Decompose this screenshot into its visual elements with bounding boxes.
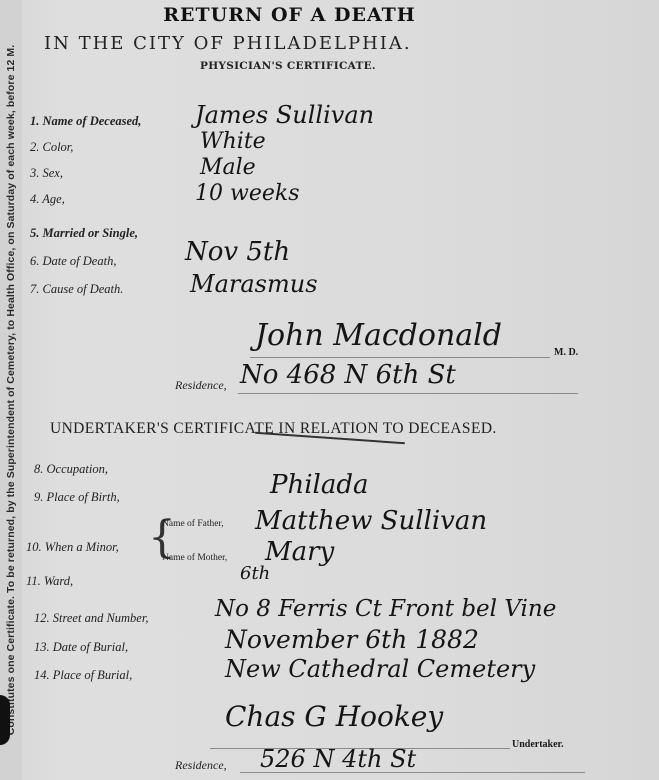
physician-residence-line (238, 393, 578, 394)
document-subtitle: IN THE CITY OF PHILADELPHIA. (44, 33, 412, 54)
label-age: 4. Age, (30, 192, 65, 207)
physician-certificate-heading: PHYSICIAN'S CERTIFICATE. (200, 60, 376, 72)
death-certificate-page: Constitutes one Certificate. To be retur… (0, 0, 659, 780)
undertaker-residence-line (240, 772, 585, 773)
side-instructions: Constitutes one Certificate. To be retur… (5, 45, 17, 736)
value-date-of-burial: November 6th 1882 (225, 625, 479, 654)
label-undertaker-residence: Residence, (175, 758, 227, 773)
ink-blot (0, 695, 10, 745)
value-physician-residence: No 468 N 6th St (240, 360, 456, 390)
label-color: 2. Color, (30, 140, 73, 155)
label-name-of-father: Name of Father, (162, 519, 224, 529)
value-sex: Male (200, 155, 256, 180)
value-cause-of-death: Marasmus (190, 270, 318, 298)
label-date-of-death: 6. Date of Death, (30, 254, 116, 269)
label-when-a-minor: 10. When a Minor, (26, 540, 119, 555)
label-street-and-number: 12. Street and Number, (34, 611, 148, 626)
value-place-of-birth: Philada (270, 470, 369, 500)
side-margin: Constitutes one Certificate. To be retur… (0, 0, 22, 780)
value-name-of-deceased: James Sullivan (195, 101, 374, 129)
label-date-of-burial: 13. Date of Burial, (34, 640, 128, 655)
value-color: White (200, 129, 266, 154)
undertaker-suffix: Undertaker. (512, 739, 564, 750)
document-title: RETURN OF A DEATH (0, 4, 659, 26)
value-age: 10 weeks (195, 181, 299, 206)
value-undertaker-residence: 526 N 4th St (260, 745, 416, 773)
label-cause-of-death: 7. Cause of Death. (30, 282, 123, 297)
physician-signature: John Macdonald (255, 318, 502, 353)
undertaker-certificate-heading: UNDERTAKER'S CERTIFICATE IN RELATION TO … (50, 420, 497, 438)
value-place-of-burial: New Cathedral Cemetery (225, 655, 535, 683)
label-place-of-burial: 14. Place of Burial, (34, 668, 132, 683)
label-sex: 3. Sex, (30, 166, 63, 181)
physician-signature-line (250, 357, 550, 358)
label-physician-residence: Residence, (175, 378, 227, 393)
value-date-of-death: Nov 5th (185, 237, 290, 267)
label-place-of-birth: 9. Place of Birth, (34, 490, 120, 505)
label-married-or-single: 5. Married or Single, (30, 226, 138, 241)
value-name-of-father: Matthew Sullivan (255, 506, 487, 536)
value-ward: 6th (240, 563, 270, 584)
label-name-of-deceased: 1. Name of Deceased, (30, 114, 141, 129)
label-ward: 11. Ward, (26, 574, 73, 589)
value-street-and-number: No 8 Ferris Ct Front bel Vine (215, 596, 556, 622)
undertaker-signature: Chas G Hookey (225, 700, 443, 733)
label-name-of-mother: Name of Mother, (162, 553, 227, 563)
md-suffix: M. D. (554, 347, 578, 358)
label-occupation: 8. Occupation, (34, 462, 108, 477)
value-name-of-mother: Mary (265, 537, 334, 567)
